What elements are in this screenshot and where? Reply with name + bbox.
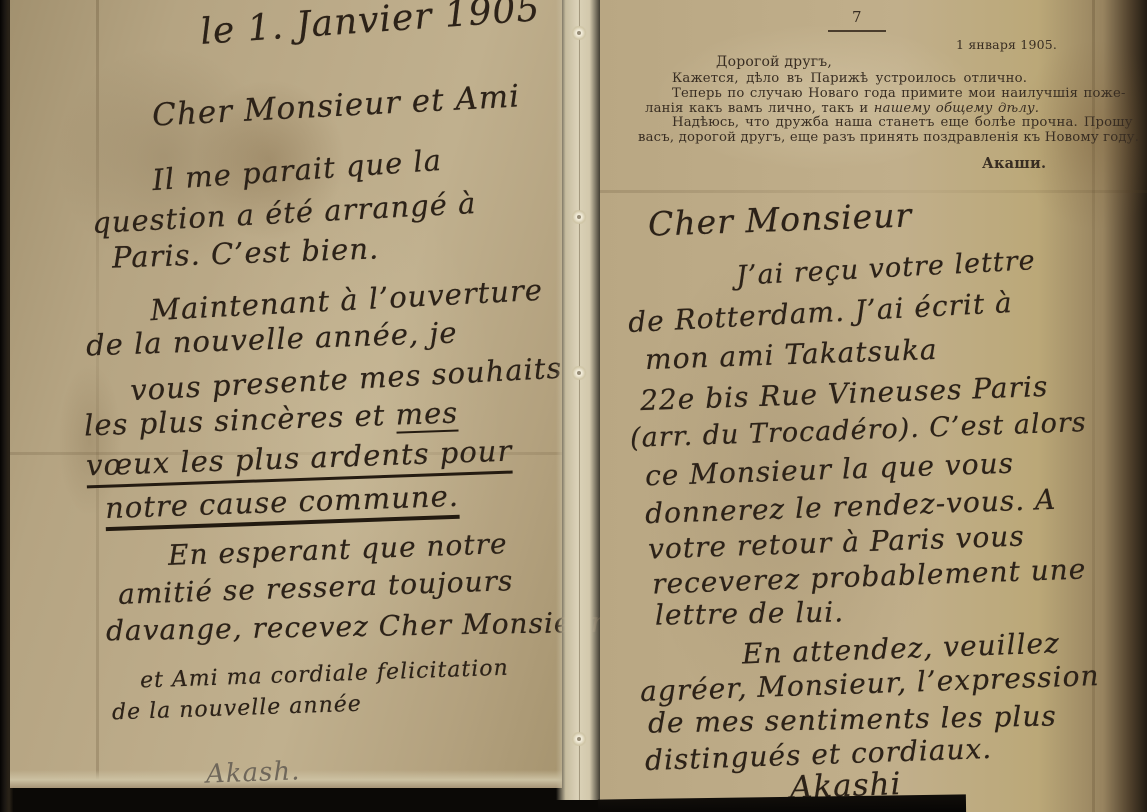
binding-gutter xyxy=(556,0,604,800)
printed-line: Теперь по случаю Новаго года примите мои… xyxy=(672,86,1126,101)
printed-date: 1 января 1905. xyxy=(956,37,1057,52)
underlined-text: notre cause commune. xyxy=(105,479,460,531)
binding-thread xyxy=(579,0,580,800)
pencil-signature: Akash. xyxy=(206,756,301,789)
handwritten-salutation: Cher Monsieur et Ami xyxy=(151,78,521,133)
printed-line: Кажется, дѣло въ Парижѣ устроилось отлич… xyxy=(672,71,1027,86)
printed-line-text: ланія какъ вамъ лично, такъ и xyxy=(645,101,874,116)
right-page: 7 1 января 1905. Дорогой другъ, Кажется,… xyxy=(600,0,1147,812)
printed-signature: Акаши. xyxy=(982,155,1046,172)
page-number: 7 xyxy=(852,8,862,26)
printed-line-italic: нашему общему дѣлу. xyxy=(874,101,1039,116)
printed-line: ланія какъ вамъ лично, такъ и нашему общ… xyxy=(645,101,1039,116)
book-scan: le 1. Janvier 1905 Cher Monsieur et Ami … xyxy=(0,0,1147,812)
printed-line: васъ, дорогой другъ, еще разъ принять по… xyxy=(638,130,1139,145)
printed-salutation: Дорогой другъ, xyxy=(716,54,832,70)
handwritten-line: de la nouvelle année, je xyxy=(86,316,459,363)
stitch-knot xyxy=(570,732,588,746)
handwritten-line: lettre de lui. xyxy=(655,595,845,631)
handwritten-salutation: Cher Monsieur xyxy=(647,195,912,243)
printed-line: Надѣюсь, что дружба наша станетъ еще бол… xyxy=(672,115,1133,130)
handwritten-line: de la nouvelle année xyxy=(112,692,363,726)
handwritten-line: question a été arrangé à xyxy=(91,186,477,240)
stitch-knot xyxy=(570,366,588,380)
handwritten-line: et Ami ma cordiale felicitation xyxy=(140,656,509,694)
handwritten-line: de mes sentiments les plus xyxy=(648,699,1057,739)
handwritten-line: Paris. C’est bien. xyxy=(111,231,379,274)
paper-crease xyxy=(600,190,1147,193)
page-number-rule xyxy=(828,30,886,32)
stitch-knot xyxy=(570,26,588,40)
handwritten-line: mon ami Takatsuka xyxy=(645,333,939,376)
handwritten-line: davange, recevez Cher Monsieur xyxy=(106,606,605,648)
stitch-knot xyxy=(570,210,588,224)
underlined-word: mes xyxy=(395,395,459,433)
handwritten-line-underlined: vœux les plus ardents pour xyxy=(86,434,513,483)
left-page: le 1. Janvier 1905 Cher Monsieur et Ami … xyxy=(10,0,562,788)
handwritten-line: J’ai reçu votre lettre xyxy=(735,245,1036,292)
paper-crease xyxy=(96,0,99,788)
handwritten-line: de Rotterdam. J’ai écrit à xyxy=(627,286,1013,339)
handwritten-date: le 1. Janvier 1905 xyxy=(199,0,542,53)
